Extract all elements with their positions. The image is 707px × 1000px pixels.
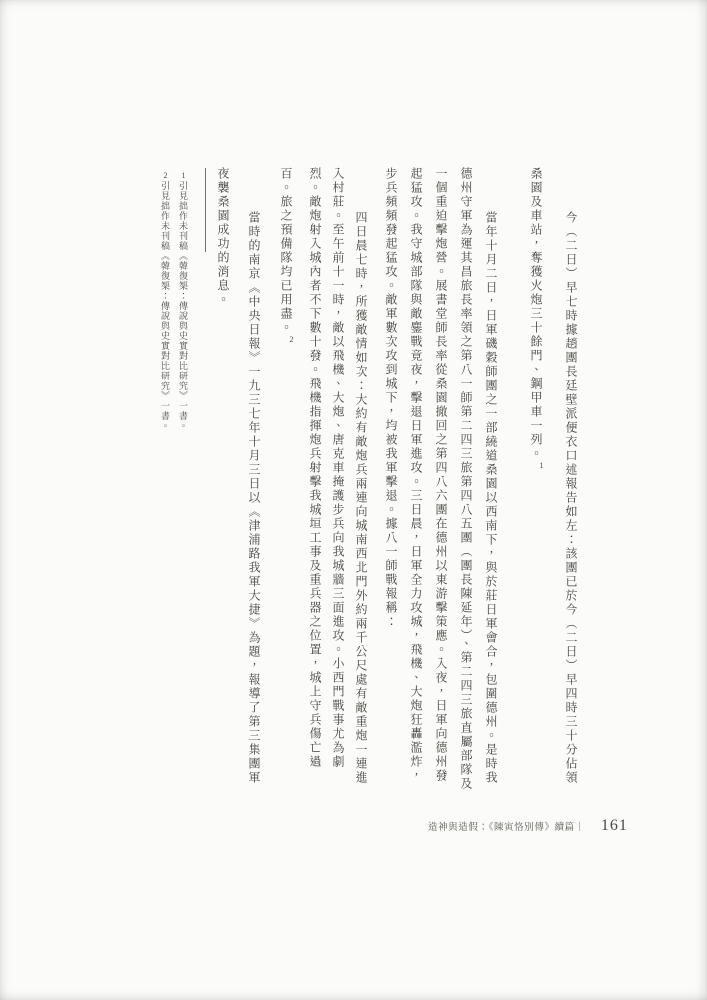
footnote-number: 2	[161, 171, 170, 181]
paragraph-text: 今（二日）早七時據趙團長廷壁派便衣口述報告如左：該團已於今（二日）早四時三十分佔…	[529, 167, 578, 785]
book-page: 今（二日）早七時據趙團長廷壁派便衣口述報告如左：該團已於今（二日）早四時三十分佔…	[0, 0, 707, 1000]
footnote-text: 引見拙作未刊稿《韓復榘：傳說與史實對比研究》一書。	[160, 181, 170, 431]
paragraph-text: 當時的南京《中央日報》一九三七年十月三日以《津浦路我軍大捷》為題，報導了第三集團…	[216, 167, 261, 785]
paragraph-text: 當年十月二日，日軍磯穀師團之一部繞道桑園以西南下，與於莊日軍會合，包圍德州。是時…	[384, 167, 498, 791]
footnote-text: 引見拙作未刊稿《韓復榘：傳說與史實對比研究》一書。	[178, 181, 188, 431]
paragraph-text: 四日晨七時，所獲敵情如次：大約有敵炮兵兩連向城南西北門外約兩千公尺處有敵重炮一連…	[279, 167, 368, 785]
page-number: 161	[601, 817, 628, 835]
main-text-block: 今（二日）早七時據趙團長廷壁派便衣口述報告如左：該團已於今（二日）早四時三十分佔…	[207, 167, 585, 794]
quoted-report-paragraph-1: 今（二日）早七時據趙團長廷壁派便衣口述報告如左：該團已於今（二日）早四時三十分佔…	[521, 167, 585, 794]
footnote-ref-1: 1	[537, 461, 546, 470]
body-paragraph-2: 當時的南京《中央日報》一九三七年十月三日以《津浦路我軍大捷》為題，報導了第三集團…	[207, 167, 269, 794]
body-paragraph-1: 當年十月二日，日軍磯穀師團之一部繞道桑園以西南下，與於莊日軍會合，包圍德州。是時…	[378, 167, 503, 794]
footnote-2: 2引見拙作未刊稿《韓復榘：傳說與史實對比研究》一書。	[156, 171, 174, 471]
footnotes-block: 1引見拙作未刊稿《韓復榘：傳說與史實對比研究》一書。 2引見拙作未刊稿《韓復榘：…	[156, 171, 192, 471]
quoted-report-paragraph-2: 四日晨七時，所獲敵情如次：大約有敵炮兵兩連向城南西北門外約兩千公尺處有敵重炮一連…	[274, 167, 372, 794]
footnote-1: 1引見拙作未刊稿《韓復榘：傳說與史實對比研究》一書。	[174, 171, 192, 471]
footnote-ref-2: 2	[287, 335, 296, 344]
page-footer: 造神與造假：《陳寅恪別傳》續篇｜ 161	[428, 817, 628, 835]
running-title: 造神與造假：《陳寅恪別傳》續篇｜	[428, 819, 585, 833]
footnote-number: 1	[179, 171, 188, 181]
footnote-separator-rule	[205, 168, 206, 252]
